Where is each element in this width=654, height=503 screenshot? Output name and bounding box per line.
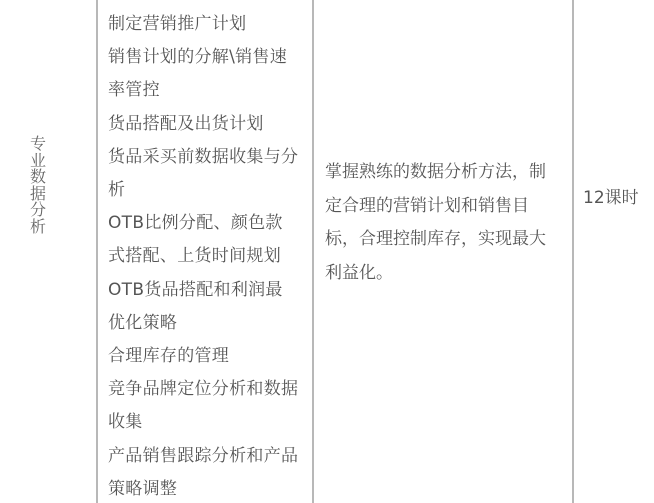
content-line: OTB比例分配、颜色款 <box>108 207 313 240</box>
hours-cell: 12课时 <box>583 183 639 208</box>
category-char: 析 <box>28 219 48 236</box>
content-cell: 制定营销推广计划 销售计划的分解\销售速 率管控 货品搭配及出货计划 货品采买前… <box>108 8 313 503</box>
content-line: 优化策略 <box>108 307 313 340</box>
content-line: 式搭配、上货时间规划 <box>108 240 313 273</box>
goal-line: 定合理的营销计划和销售目 <box>325 190 567 224</box>
goal-line: 利益化。 <box>325 257 567 291</box>
table-border-left <box>96 0 98 503</box>
content-line: 产品销售跟踪分析和产品 <box>108 440 313 473</box>
content-line: 销售计划的分解\销售速 <box>108 41 313 74</box>
content-line: 竞争品牌定位分析和数据 <box>108 373 313 406</box>
goal-cell: 掌握熟练的数据分析方法，制 定合理的营销计划和销售目 标，合理控制库存，实现最大… <box>325 156 567 290</box>
content-line: 合理库存的管理 <box>108 340 313 373</box>
goal-line: 掌握熟练的数据分析方法，制 <box>325 156 567 190</box>
content-line: 货品采买前数据收集与分 <box>108 141 313 174</box>
content-line: OTB货品搭配和利润最 <box>108 274 313 307</box>
content-line: 策略调整 <box>108 473 313 503</box>
content-line: 制定营销推广计划 <box>108 8 313 41</box>
content-line: 率管控 <box>108 74 313 107</box>
table-border-right <box>572 0 574 503</box>
goal-line: 标，合理控制库存，实现最大 <box>325 223 567 257</box>
content-line: 货品搭配及出货计划 <box>108 108 313 141</box>
content-line: 收集 <box>108 406 313 439</box>
content-line: 析 <box>108 174 313 207</box>
category-cell: 专 业 数 据 分 析 <box>28 136 48 235</box>
